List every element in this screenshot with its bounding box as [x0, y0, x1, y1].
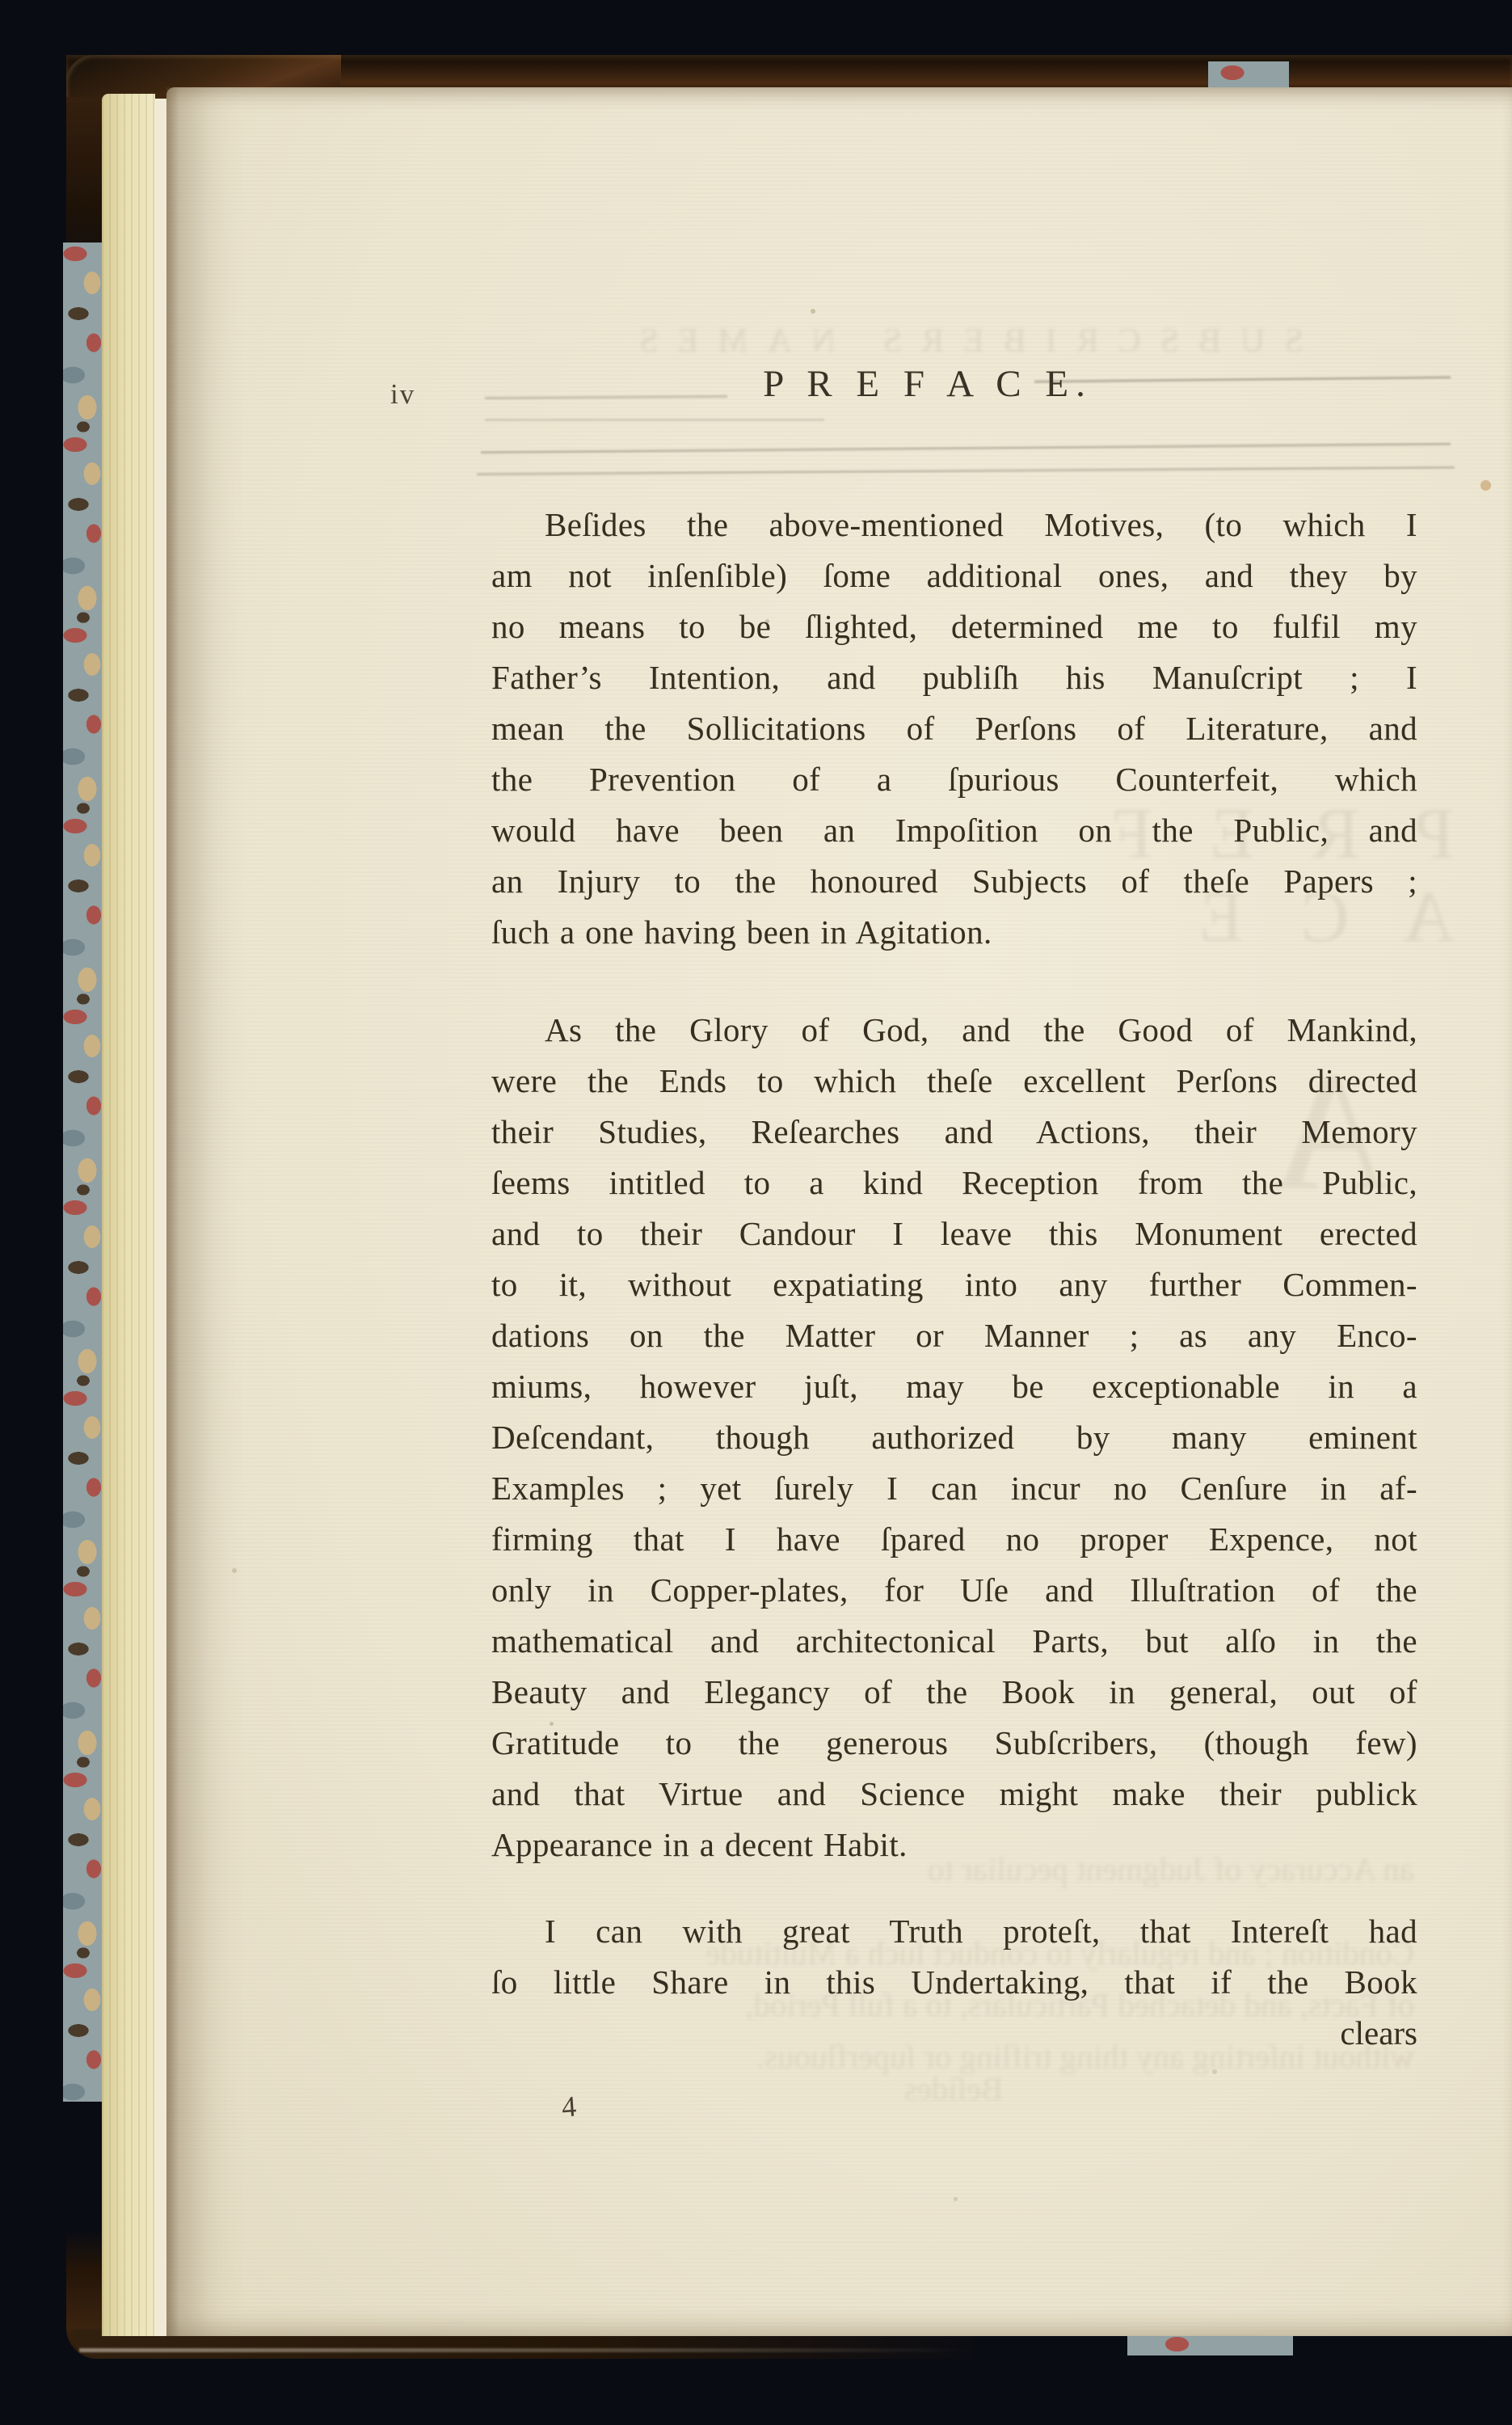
gutter-crease	[166, 87, 179, 2336]
text-line: would have been an Impoſition on the Pub…	[491, 805, 1417, 856]
text-line: mathematical and architectonical Parts, …	[491, 1616, 1417, 1667]
paragraph-2: As the Glory of God, and the Good of Man…	[491, 1005, 1417, 1870]
text-line: and that Virtue and Science might make t…	[491, 1769, 1417, 1820]
text-line: Beauty and Elegancy of the Book in gener…	[491, 1667, 1417, 1718]
paragraph-3: I can with great Truth proteſt, that Int…	[491, 1906, 1417, 2008]
text-line: Gratitude to the generous Subſcribers, (…	[491, 1718, 1417, 1769]
marbled-endpaper-fragment-bottom-right	[1127, 2333, 1293, 2355]
show-through-heading: SUBSCRIBERS NAMES	[501, 322, 1422, 361]
page-number: iv	[390, 378, 415, 411]
paper-speck	[695, 1281, 698, 1284]
text-line: am not inſenſible) ſome additional ones,…	[491, 550, 1417, 601]
text-line: Deſcendant, though authorized by many em…	[491, 1412, 1417, 1463]
text-line: Father’s Intention, and publiſh his Manu…	[491, 652, 1417, 703]
text-line: only in Copper-plates, for Uſe and Illuſ…	[491, 1565, 1417, 1616]
text-line: ſo little Share in this Undertaking, tha…	[491, 1957, 1417, 2008]
text-line: were the Ends to which theſe excellent P…	[491, 1056, 1417, 1107]
text-line: to it, without expatiating into any furt…	[491, 1259, 1417, 1310]
flyleaf-page-edges	[102, 94, 155, 2336]
text-line: Examples ; yet ſurely I can incur no Cen…	[491, 1463, 1417, 1514]
paper-speck	[1480, 480, 1491, 491]
paper-speck	[954, 2197, 958, 2201]
paper-speck	[550, 1722, 554, 1726]
text-line: and to their Candour I leave this Monume…	[491, 1208, 1417, 1259]
paper-speck	[1212, 2069, 1217, 2074]
text-line: dations on the Matter or Manner ; as any…	[491, 1310, 1417, 1361]
text-line: firming that I have ſpared no proper Exp…	[491, 1514, 1417, 1565]
paragraph-1: Beſides the above-mentioned Motives, (to…	[491, 500, 1417, 958]
text-line: Beſides the above-mentioned Motives, (to…	[491, 500, 1417, 550]
text-line: Appearance in a decent Habit.	[491, 1820, 1417, 1870]
text-line: As the Glory of God, and the Good of Man…	[491, 1005, 1417, 1056]
catchword: clears	[491, 2008, 1417, 2059]
text-line: ſuch a one having been in Agitation.	[491, 907, 1417, 958]
text-line: miums, however juſt, may be exceptionabl…	[491, 1361, 1417, 1412]
book-photograph: SUBSCRIBERS NAMES P R E F A C E A an Acc…	[0, 0, 1512, 2425]
show-through-catchword: Beſides	[727, 2069, 1180, 2108]
text-line: no means to be ſlighted, determined me t…	[491, 601, 1417, 652]
text-line: mean the Sollicitations of Perſons of Li…	[491, 703, 1417, 754]
text-line: their Studies, Reſearches and Actions, t…	[491, 1107, 1417, 1158]
paper-speck	[765, 619, 769, 623]
paper-speck	[811, 309, 815, 314]
header-rule-faint	[485, 419, 824, 421]
page-title: P R E F A C E.	[465, 362, 1391, 406]
text-block: Beſides the above-mentioned Motives, (to…	[491, 500, 1417, 2059]
text-line: I can with great Truth proteſt, that Int…	[491, 1906, 1417, 1957]
marbled-endpaper-strip	[63, 242, 103, 2102]
leather-bottom-highlight	[79, 2348, 976, 2352]
paper-speck	[232, 1568, 237, 1573]
gathering-signature: 4	[561, 2089, 578, 2123]
text-line: ſeems intitled to a kind Reception from …	[491, 1158, 1417, 1208]
text-line: the Prevention of a ſpurious Counterfeit…	[491, 754, 1417, 805]
text-line: an Injury to the honoured Subjects of th…	[491, 856, 1417, 907]
